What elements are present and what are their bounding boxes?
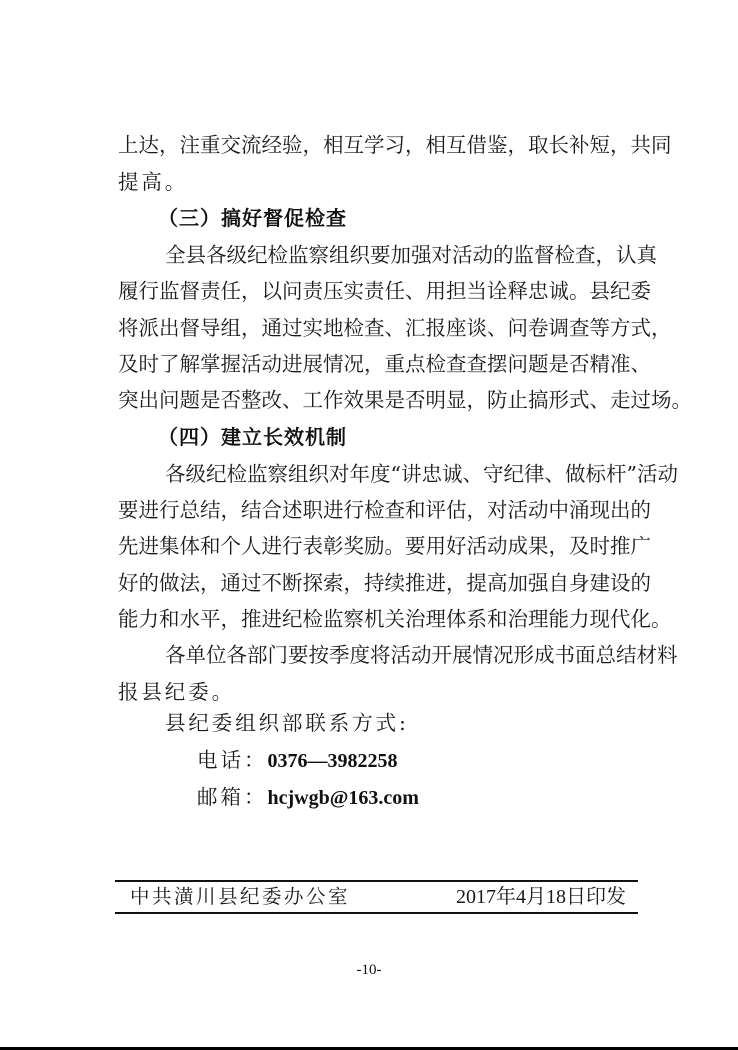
body-line: 将派出督导组，通过实地检查、汇报座谈、问卷调查等方式， [118, 310, 638, 346]
footer-top-rule [115, 880, 638, 882]
email-value[interactable]: hcjwgb@163.com [268, 787, 419, 809]
body-line: 及时了解掌握活动进展情况，重点检查查摆问题是否精准、 [118, 346, 638, 382]
contact-email: 邮箱：hcjwgb@163.com [197, 779, 419, 815]
document-page: 上达，注重交流经验，相互学习，相互借鉴，取长补短，共同 提高。 （三）搞好督促检… [0, 0, 738, 1050]
contact-intro: 县纪委组织部联系方式: [165, 705, 638, 741]
footer-bottom-rule [115, 912, 638, 914]
body-line: 履行监督责任，以问责压实责任、用担当诠释忠诚。县纪委 [118, 273, 638, 309]
body-line: 突出问题是否整改、工作效果是否明显，防止搞形式、走过场。 [118, 382, 638, 418]
body-line: 全县各级纪检监察组织要加强对活动的监督检查，认真 [165, 237, 638, 273]
contact-phone: 电话：0376—3982258 [197, 742, 398, 778]
phone-value: 0376—3982258 [268, 750, 398, 772]
footer-issuance-row: 中共潢川县纪委办公室 2017年4月18日印发 [130, 883, 626, 911]
body-line: 各单位各部门要按季度将活动开展情况形成书面总结材料 [165, 637, 638, 673]
issuer-name: 中共潢川县纪委办公室 [130, 883, 350, 911]
body-line: 要进行总结，结合述职进行检查和评估，对活动中涌现出的 [118, 492, 638, 528]
phone-label: 电话： [197, 748, 268, 772]
issue-date: 2017年4月18日印发 [456, 883, 626, 911]
body-line: 先进集体和个人进行表彰奖励。要用好活动成果，及时推广 [118, 528, 638, 564]
page-number: -10- [0, 962, 738, 979]
email-label: 邮箱： [197, 785, 268, 809]
body-line: 好的做法，通过不断探索，持续推进，提高加强自身建设的 [118, 565, 638, 601]
body-line: 能力和水平，推进纪检监察机关治理体系和治理能力现代化。 [118, 601, 638, 637]
section-heading-3: （三）搞好督促检查 [158, 200, 347, 236]
body-line: 上达，注重交流经验，相互学习，相互借鉴，取长补短，共同 [118, 127, 638, 163]
section-heading-4: （四）建立长效机制 [158, 419, 347, 455]
body-line: 提高。 [118, 164, 638, 200]
body-line: 各级纪检监察组织对年度“讲忠诚、守纪律、做标杆”活动 [165, 456, 638, 492]
